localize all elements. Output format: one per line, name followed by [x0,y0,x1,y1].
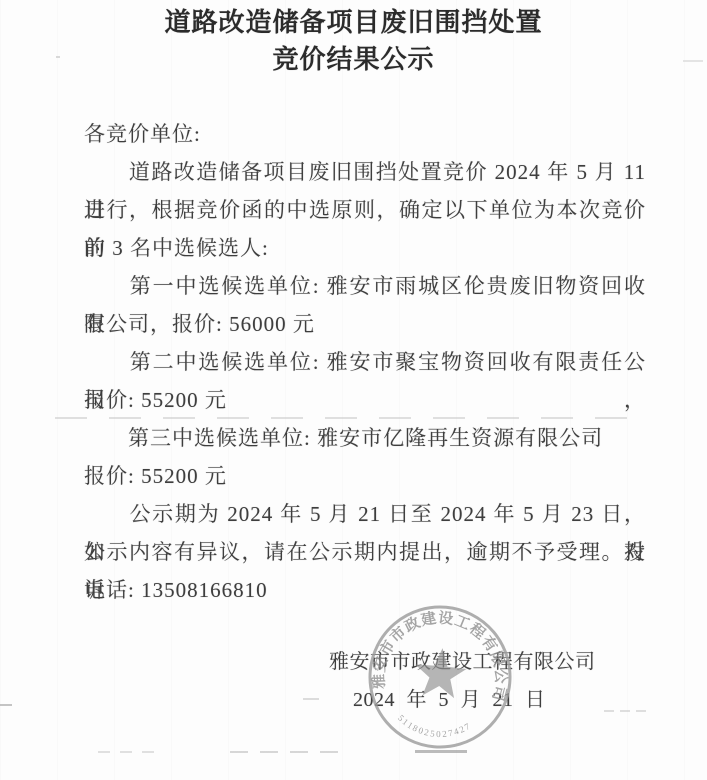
company-seal: 雅安市市政建设工程有限公司 5118025027427 [353,590,526,763]
body-line: 进行，根据竞价函的中选原则，确定以下单位为本次竞价的 [84,191,646,229]
document-page: 道路改造储备项目废旧围挡处置 竞价结果公示 各竞价单位: 道路改造储备项目废旧围… [0,0,707,780]
scan-artifact-dash [230,751,345,753]
body-line: 各竞价单位: [84,115,646,153]
scan-artifact-dash [303,698,319,700]
title-line-1: 道路改造储备项目废旧围挡处置 [0,4,707,41]
seal-star-icon [413,646,468,699]
body-line: 第三中选候选单位: 雅安市亿隆再生资源有限公司 [84,419,646,457]
body-line: 公示期为 2024 年 5 月 21 日至 2024 年 5 月 23 日，如对 [84,495,646,533]
body-line: 第一中选候选单位: 雅安市雨城区伦贵废旧物资回收有 [84,267,646,305]
body-line: 限公司，报价: 56000 元 [84,305,646,343]
scan-artifact-dash [56,56,60,58]
body-line: 前 3 名中选候选人: [84,229,646,267]
scan-artifact-dashed-line [55,417,643,419]
body-line: 公示内容有异议，请在公示期内提出，逾期不予受理。投诉 [84,533,646,571]
body-line: 电话: 13508166810 [84,571,646,609]
body-line: 第二中选候选单位: 雅安市聚宝物资回收有限责任公司， [84,343,646,381]
title-line-2: 竞价结果公示 [0,41,707,78]
scan-artifact-dash [604,710,650,712]
body-line: 报价: 55200 元 [84,457,646,495]
scan-artifact-dash [0,704,12,706]
body-lines: 各竞价单位: 道路改造储备项目废旧围挡处置竞价 2024 年 5 月 11 日进… [84,115,646,609]
scan-artifact-dash [683,60,703,62]
scan-artifact-dash [98,751,158,753]
document-title: 道路改造储备项目废旧围挡处置 竞价结果公示 [0,4,707,78]
body-line: 道路改造储备项目废旧围挡处置竞价 2024 年 5 月 11 日 [84,153,646,191]
